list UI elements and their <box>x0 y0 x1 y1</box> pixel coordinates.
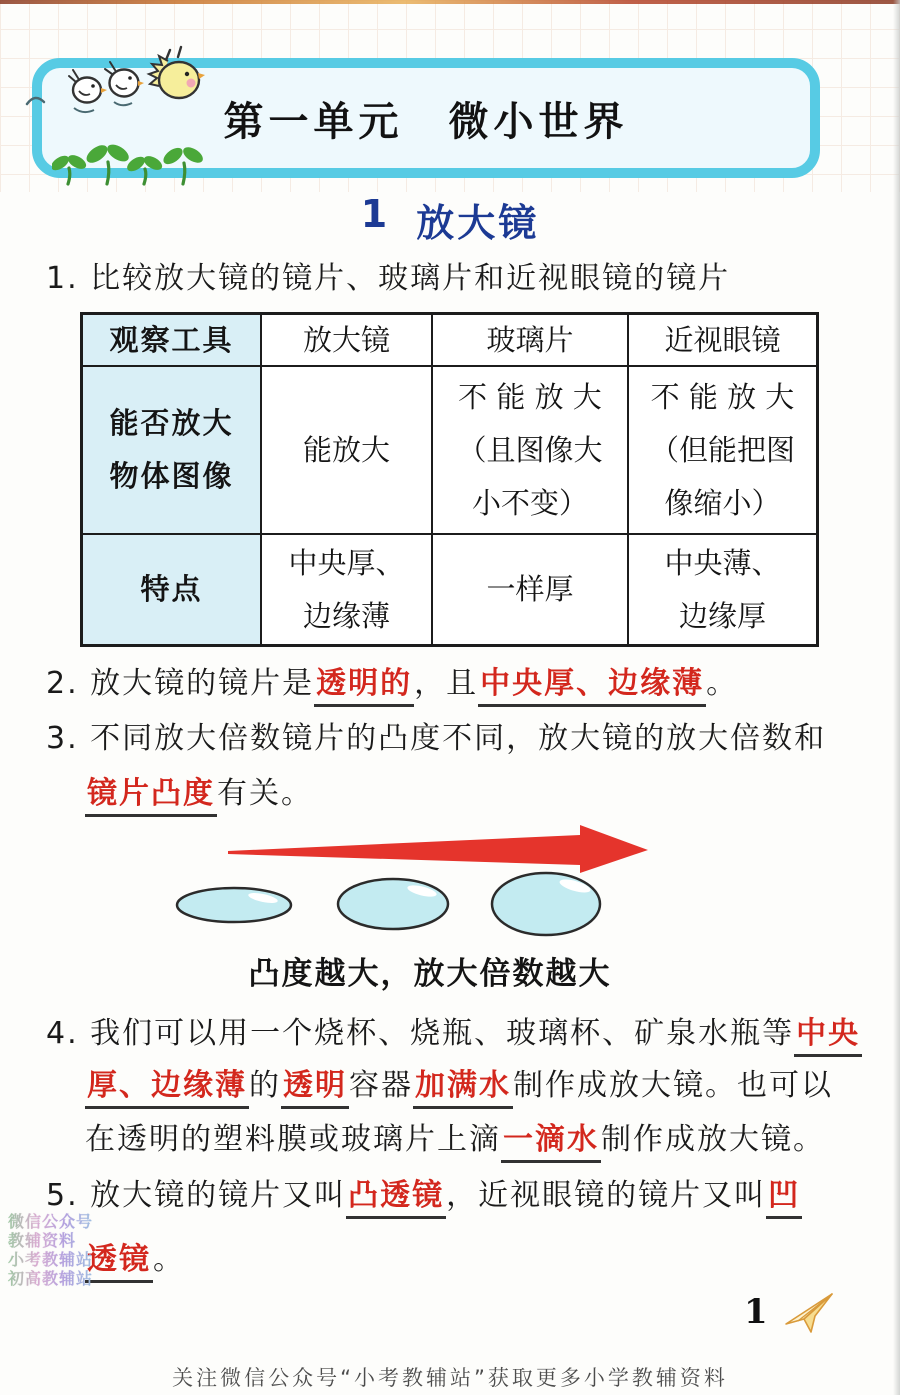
comparison-table: 观察工具放大镜玻璃片近视眼镜能否放大 物体图像能放大不 能 放 大 （且图像大 … <box>80 312 819 647</box>
lesson-number: 1 <box>361 192 390 247</box>
text-segment: 在透明的塑料膜或玻璃片上滴 <box>85 1122 501 1157</box>
text-segment: 5. 放大镜的镜片又叫 <box>46 1178 346 1213</box>
text-line: 厚、边缘薄的透明容器加满水制作成放大镜。也可以 <box>85 1060 833 1104</box>
table-cell: 中央薄、 边缘厚 <box>629 535 816 644</box>
text-segment: 4. 我们可以用一个烧杯、烧瓶、玻璃杯、矿泉水瓶等 <box>46 1016 794 1051</box>
table-header-cell: 特点 <box>83 535 260 644</box>
watermark-line: 初高教辅站 <box>8 1269 93 1288</box>
text-segment: 有关。 <box>217 776 313 811</box>
text-line: 3. 不同放大倍数镜片的凸度不同，放大镜的放大倍数和 <box>46 713 826 757</box>
table-cell: 一样厚 <box>433 535 627 644</box>
answer-blank: 透明 <box>281 1068 349 1109</box>
watermark-line: 微信公众号 <box>8 1212 93 1231</box>
answer-blank: 厚、边缘薄 <box>85 1068 249 1109</box>
text-segment: 容器 <box>349 1068 413 1103</box>
lens-shapes-graphic <box>175 868 655 940</box>
answer-blank: 加满水 <box>413 1068 513 1109</box>
footer-text: 关注微信公众号“小考教辅站”获取更多小学教辅资料 <box>0 1362 900 1392</box>
text-segment: 1. 比较放大镜的镜片、玻璃片和近视眼镜的镜片 <box>46 261 730 296</box>
watermark-line: 教辅资料 <box>8 1231 93 1250</box>
unit-title: 第一单元 微小世界 <box>224 90 629 147</box>
table-cell: 近视眼镜 <box>629 315 816 365</box>
answer-blank: 中央厚、边缘薄 <box>478 666 706 707</box>
answer-blank: 镜片凸度 <box>85 776 217 817</box>
answer-blank: 中央 <box>794 1016 862 1057</box>
sprouts-illustration <box>52 134 208 186</box>
text-line: 透镜。 <box>85 1234 185 1278</box>
answer-blank: 透明的 <box>314 666 414 707</box>
answer-blank: 凹 <box>766 1178 802 1219</box>
watermark: 微信公众号教辅资料小考教辅站初高教辅站 <box>8 1212 93 1288</box>
text-line: 镜片凸度有关。 <box>85 768 313 812</box>
answer-blank: 凸透镜 <box>346 1178 446 1219</box>
text-line: 在透明的塑料膜或玻璃片上滴一滴水制作成放大镜。 <box>85 1114 825 1158</box>
table-cell: 放大镜 <box>262 315 431 365</box>
table-header-cell: 能否放大 物体图像 <box>83 367 260 533</box>
text-segment: 。 <box>706 666 738 701</box>
text-line: 5. 放大镜的镜片又叫凸透镜，近视眼镜的镜片又叫凹 <box>46 1170 802 1214</box>
page-number: 1 <box>744 1292 768 1332</box>
lesson-title: 放大镜 <box>416 192 539 247</box>
text-segment: ，近视眼镜的镜片又叫 <box>446 1178 766 1213</box>
answer-blank: 一滴水 <box>501 1122 601 1163</box>
page-top-edge <box>0 0 900 4</box>
text-segment: 。 <box>153 1242 185 1277</box>
workbook-page: 第一单元 微小世界 <box>0 0 900 1395</box>
text-segment: ，且 <box>414 666 478 701</box>
text-line: 4. 我们可以用一个烧杯、烧瓶、玻璃杯、矿泉水瓶等中央 <box>46 1008 862 1052</box>
table-header-cell: 观察工具 <box>83 315 260 365</box>
table-cell: 玻璃片 <box>433 315 627 365</box>
text-line: 2. 放大镜的镜片是透明的，且中央厚、边缘薄。 <box>46 658 738 702</box>
table-cell: 中央厚、 边缘薄 <box>262 535 431 644</box>
figure-caption: 凸度越大，放大倍数越大 <box>100 948 760 993</box>
answer-blank: 透镜 <box>85 1242 153 1283</box>
text-segment: 的 <box>249 1068 281 1103</box>
table-cell: 能放大 <box>262 367 431 533</box>
text-segment: 2. 放大镜的镜片是 <box>46 666 314 701</box>
paper-plane-icon <box>782 1292 834 1334</box>
text-segment: 制作成放大镜。 <box>601 1122 825 1157</box>
lesson-title-row: 1 放大镜 <box>0 192 900 247</box>
table-cell: 不 能 放 大 （但能把图 像缩小） <box>629 367 816 533</box>
table-cell: 不 能 放 大 （且图像大 小不变） <box>433 367 627 533</box>
text-line: 1. 比较放大镜的镜片、玻璃片和近视眼镜的镜片 <box>46 253 730 297</box>
text-segment: 3. 不同放大倍数镜片的凸度不同，放大镜的放大倍数和 <box>46 721 826 756</box>
watermark-line: 小考教辅站 <box>8 1250 93 1269</box>
text-segment: 制作成放大镜。也可以 <box>513 1068 833 1103</box>
